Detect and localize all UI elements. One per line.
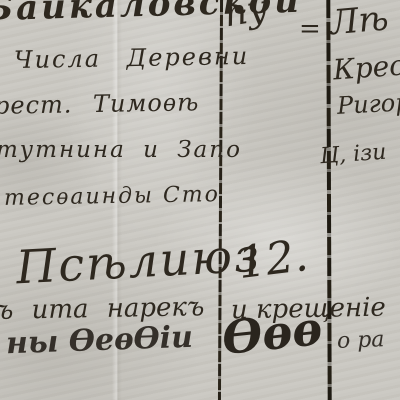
entry-right-kres: Крес <box>332 52 400 85</box>
entry-right-rigor: Ригор <box>336 90 400 118</box>
large-word: Псѣлиюз <box>15 232 262 291</box>
entry-number-12: 12. <box>236 234 311 286</box>
header-right-fragment: Лѣ ш <box>329 0 400 40</box>
entry-tutnina-zapo: тутнина и Запо <box>0 139 242 162</box>
column-divider-right <box>326 0 331 400</box>
document-scan: Баикаловской пу = Лѣ ш Числа Деревни Кре… <box>0 0 400 400</box>
equals-mark: = <box>299 16 321 42</box>
entry-rest-timofey: рест. Тимоѳѣ <box>0 90 199 118</box>
signature-scrawl-left: ны ѲеѳѲіи <box>6 323 194 360</box>
entry-chisla-derevni: Числа Деревни <box>14 44 250 72</box>
entry-right-tsizi: Ц, ізи <box>319 142 387 169</box>
signature-scrawl-middle: Ѳѳѳ <box>220 305 324 361</box>
header-flourish: пу <box>221 0 271 34</box>
entry-tesfaindy-sto: тесѳаинды Сто <box>4 184 220 210</box>
signature-scrawl-right: о ра <box>337 329 385 353</box>
